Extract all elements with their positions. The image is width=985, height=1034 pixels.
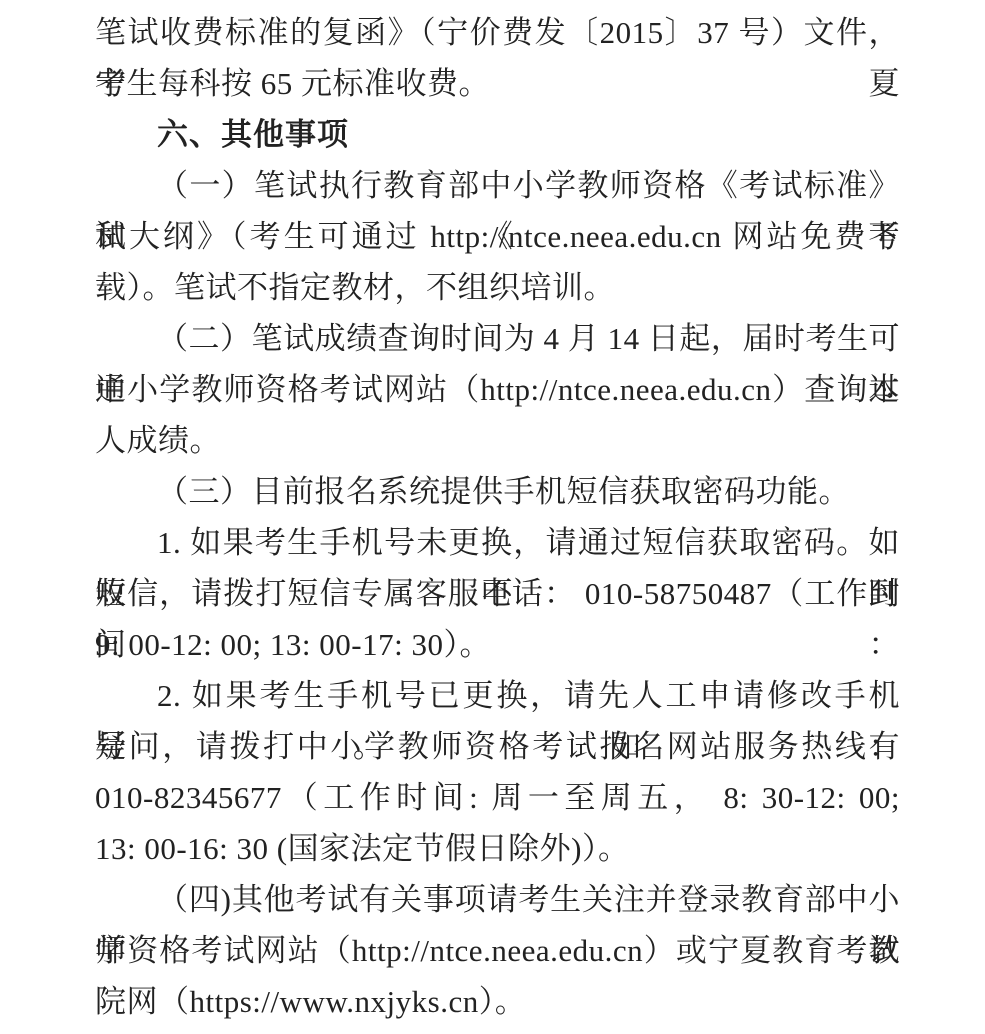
text-line: 笔试收费标准的复函》（宁价费发〔2015〕37 号）文件，宁夏 <box>95 7 900 58</box>
text-line: （四)其他考试有关事项请考生关注并登录教育部中小学教 <box>95 874 900 925</box>
text-line: （二）笔试成绩查询时间为 4 月 14 日起，届时考生可通过 <box>95 313 900 364</box>
text-line: （三）目前报名系统提供手机短信获取密码功能。 <box>95 466 900 517</box>
document-page: 笔试收费标准的复函》（宁价费发〔2015〕37 号）文件，宁夏 考生每科按 65… <box>0 0 985 1034</box>
text-line: 师资格考试网站（http://ntce.neea.edu.cn）或宁夏教育考试 <box>95 925 900 976</box>
text-line: 010-82345677（工作时间: 周一至周五， 8: 30-12: 00; <box>95 772 900 823</box>
text-line: 2. 如果考生手机号已更换，请先人工申请修改手机号。如有 <box>95 670 900 721</box>
text-line: 中小学教师资格考试网站（http://ntce.neea.edu.cn）查询本 <box>95 364 900 415</box>
text-line: 载）。笔试不指定教材，不组织培训。 <box>95 262 900 313</box>
text-line: 1. 如果考生手机号未更换，请通过短信获取密码。如收不到 <box>95 517 900 568</box>
text-line: 疑问，请拨打中小学教师资格考试报名网站服务热线： <box>95 721 900 772</box>
section-heading: 六、其他事项 <box>95 109 900 160</box>
text-line: 13: 00-16: 30 (国家法定节假日除外)）。 <box>95 823 900 874</box>
text-line: 人成绩。 <box>95 415 900 466</box>
text-line: 院网（https://www.nxjyks.cn）。 <box>95 976 900 1027</box>
text-line: 短信，请拨打短信专属客服电话： 010-58750487（工作时间： <box>95 568 900 619</box>
text-line: 试大纲》（考生可通过 http://ntce.neea.edu.cn 网站免费下 <box>95 211 900 262</box>
text-line: （一）笔试执行教育部中小学教师资格《考试标准》和《考 <box>95 160 900 211</box>
